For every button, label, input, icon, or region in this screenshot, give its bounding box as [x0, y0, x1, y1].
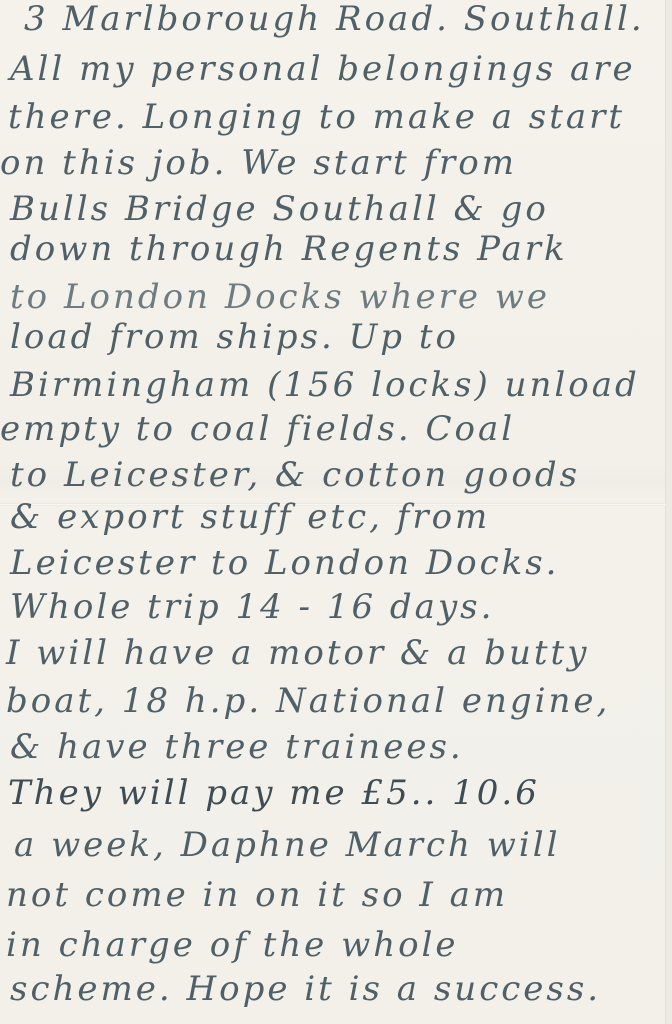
- letter-line-5: Bulls Bridge Southall & go: [10, 192, 549, 226]
- letter-line-1: 3 Marlborough Road. Southall.: [24, 2, 645, 36]
- letter-line-10: empty to coal fields. Coal: [0, 412, 515, 446]
- letter-line-13: Leicester to London Docks.: [10, 546, 559, 580]
- letter-line-17: & have three trainees.: [10, 730, 464, 764]
- letter-line-19: a week, Daphne March will: [14, 828, 560, 862]
- letter-line-22: scheme. Hope it is a success.: [10, 972, 601, 1006]
- letter-line-21: in charge of the whole: [6, 928, 459, 962]
- letter-line-11: to Leicester, & cotton goods: [10, 458, 580, 492]
- letter-line-4: on this job. We start from: [0, 146, 517, 180]
- letter-line-12: & export stuff etc, from: [10, 500, 490, 534]
- letter-line-9: Birmingham (156 locks) unload: [10, 368, 640, 402]
- letter-line-3: there. Longing to make a start: [8, 100, 625, 134]
- letter-line-16: boat, 18 h.p. National engine,: [6, 684, 610, 718]
- letter-line-20: not come in on it so I am: [6, 878, 508, 912]
- paper-edge: [665, 0, 672, 1024]
- letter-line-18: They will pay me £5.. 10.6: [8, 776, 540, 810]
- letter-line-2: All my personal belongings are: [10, 52, 636, 86]
- letter-line-15: I will have a motor & a butty: [6, 636, 589, 670]
- letter-line-7: to London Docks where we: [10, 280, 550, 314]
- letter-line-14: Whole trip 14 - 16 days.: [10, 590, 494, 624]
- letter-line-8: load from ships. Up to: [10, 320, 459, 354]
- letter-line-6: down through Regents Park: [10, 232, 568, 266]
